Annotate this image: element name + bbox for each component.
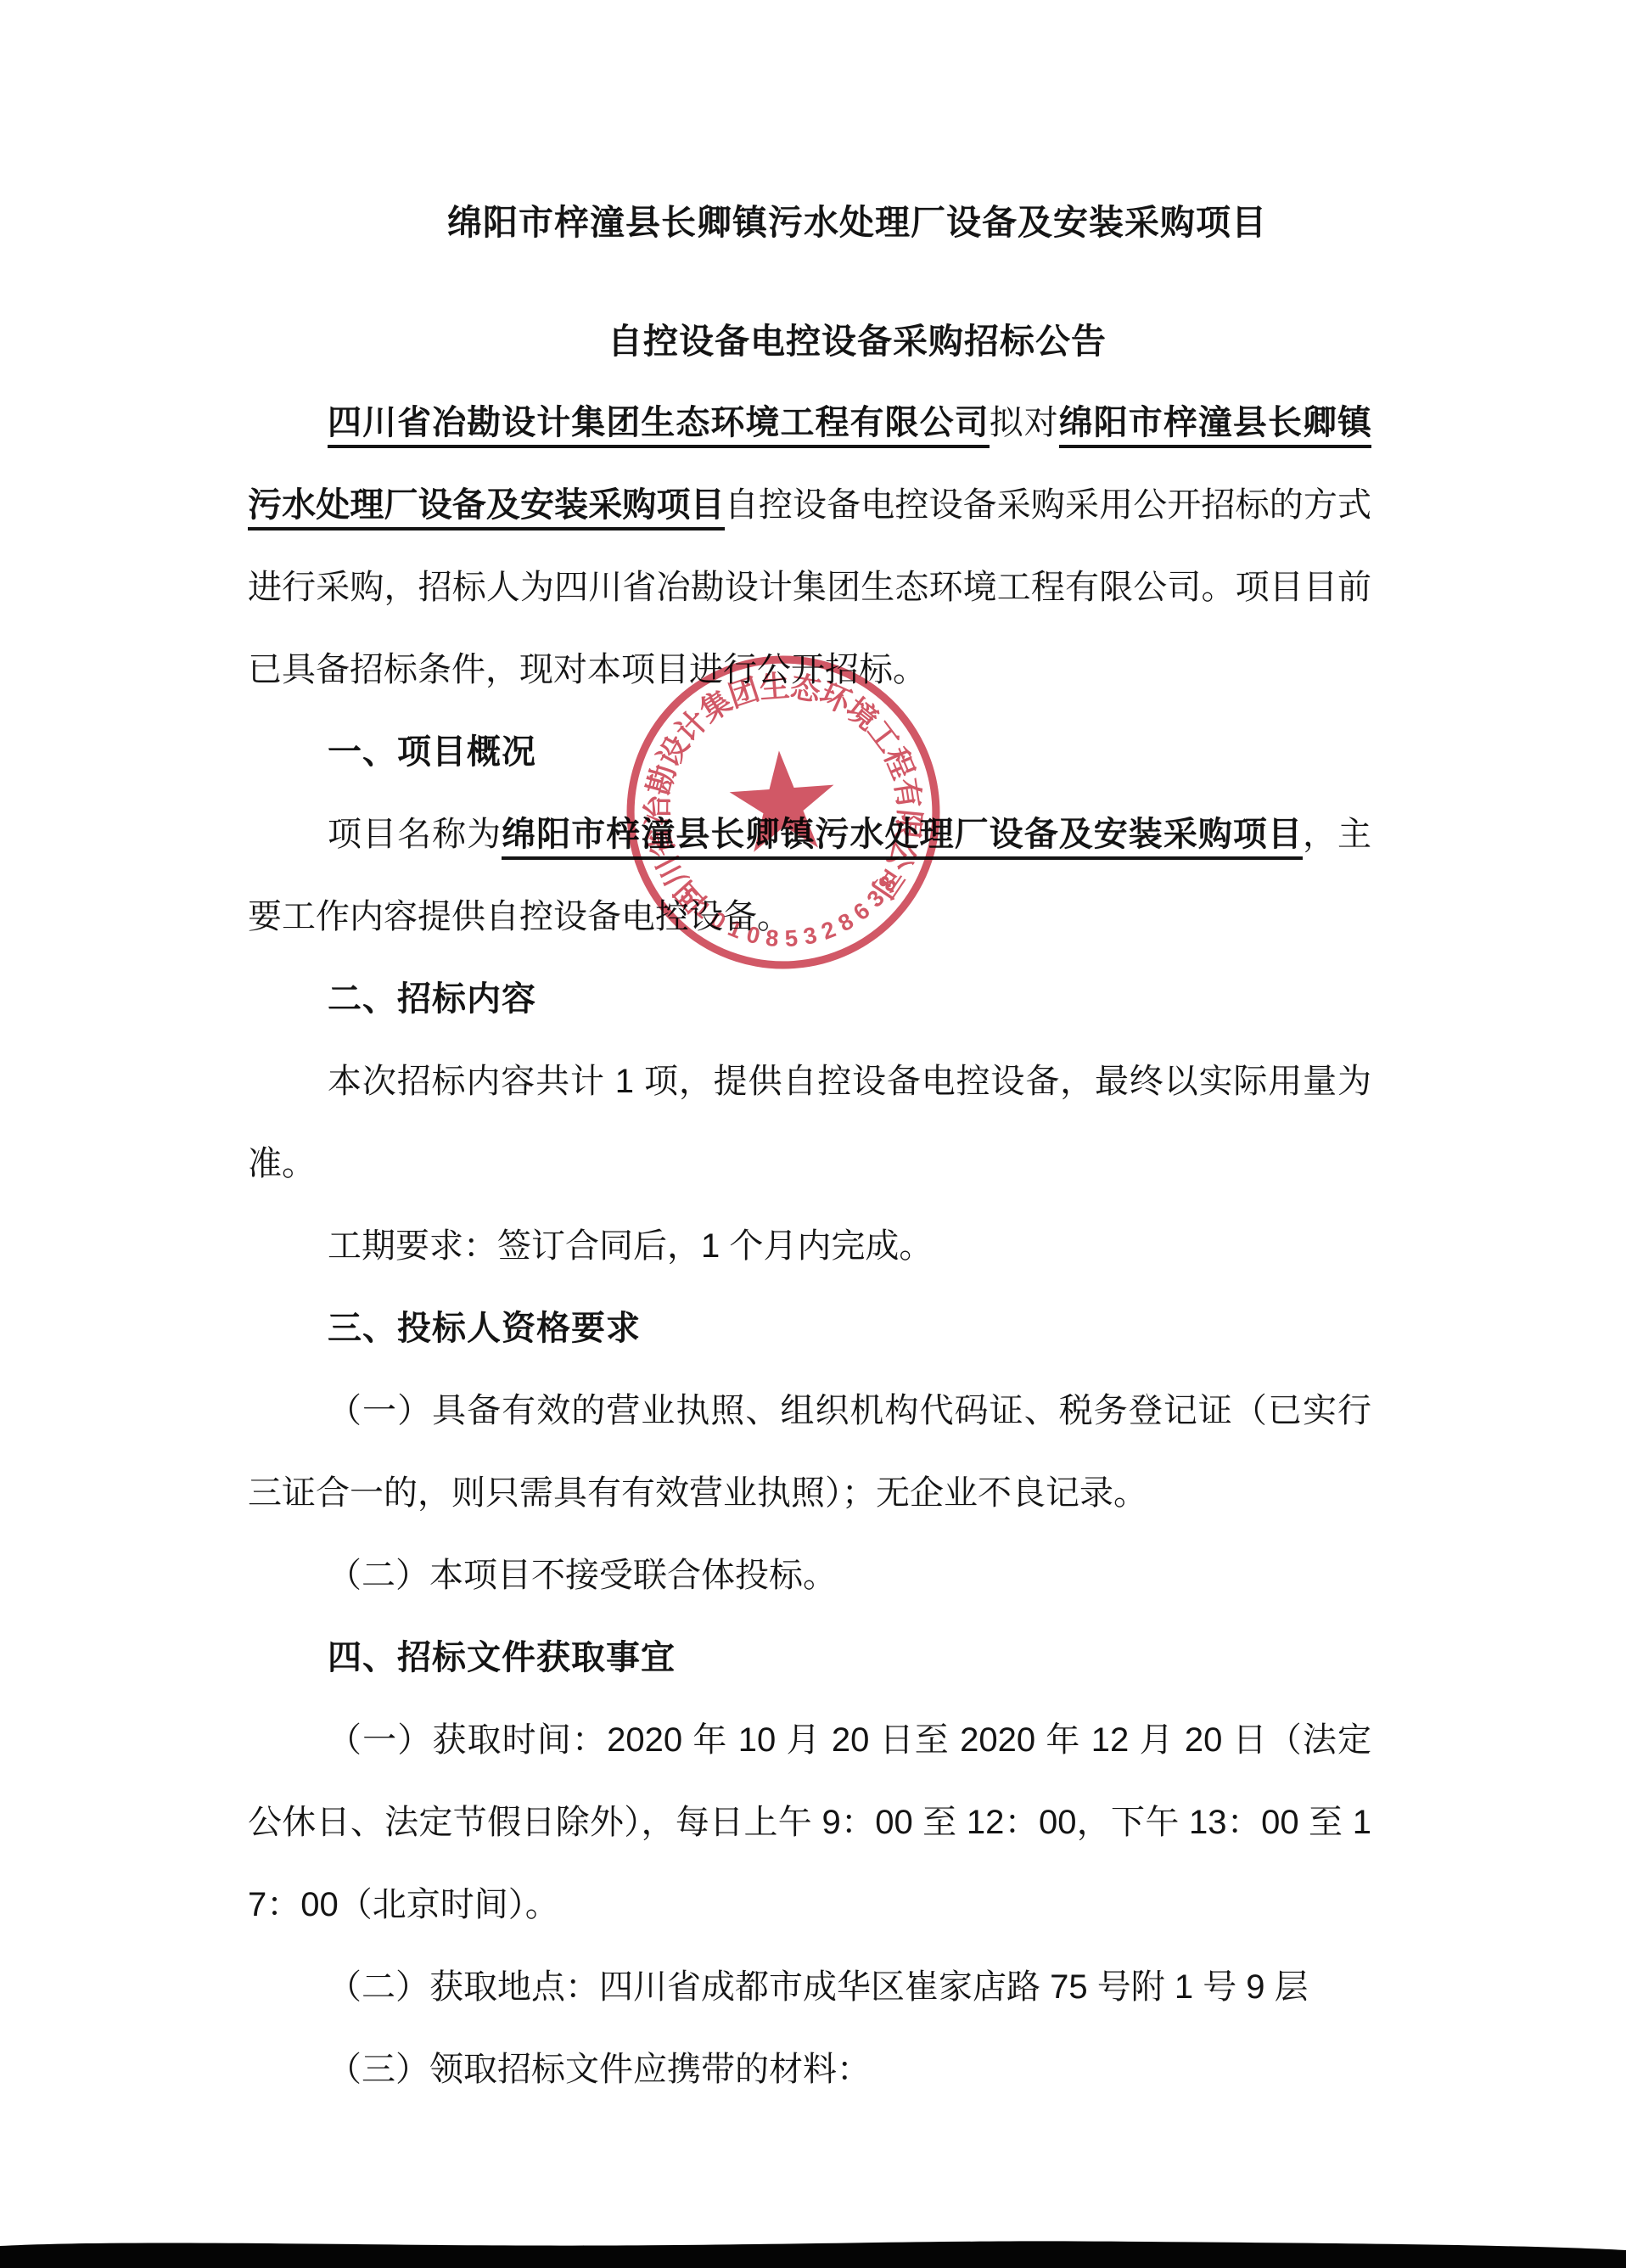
intro-company-name: 四川省冶勘设计集团生态环境工程有限公司 [328, 404, 990, 448]
svg-text:省: 省 [642, 823, 681, 861]
svg-text:3: 3 [801, 921, 821, 950]
svg-text:有: 有 [889, 776, 926, 811]
schedule-requirement-paragraph: 工期要求：签订合同后，1 个月内完成。 [248, 1205, 1371, 1288]
document-obtain-location: （二）获取地点：四川省成都市成华区崔家店路 75 号附 1 号 9 层 [248, 1946, 1371, 2029]
seal-star-icon [727, 747, 838, 853]
scan-edge-artifact [0, 2234, 1626, 2268]
svg-text:8: 8 [765, 924, 782, 952]
svg-text:生: 生 [759, 670, 791, 705]
svg-text:5: 5 [784, 924, 800, 952]
document-title: 绵阳市梓潼县长卿镇污水处理厂设备及安装采购项目 [248, 197, 1371, 248]
document-body: 绵阳市梓潼县长卿镇污水处理厂设备及安装采购项目 自控设备电控设备采购招标公告 四… [248, 197, 1371, 2111]
company-seal-stamp: 四川省冶勘设计集团生态环境工程有限公司 5101085328638 [614, 643, 952, 981]
svg-text:冶: 冶 [642, 794, 675, 826]
tender-content-paragraph: 本次招标内容共计 1 项，提供自控设备电控设备，最终以实际用量为准。 [248, 1041, 1371, 1205]
qualification-item-2: （二）本项目不接受联合体投标。 [248, 1535, 1371, 1617]
scanned-document-page: 绵阳市梓潼县长卿镇污水处理厂设备及安装采购项目 自控设备电控设备采购招标公告 四… [0, 0, 1626, 2268]
document-obtain-time: （一）获取时间：2020 年 10 月 20 日至 2020 年 12 月 20… [248, 1699, 1371, 1946]
section-heading-2: 二、招标内容 [248, 958, 1371, 1041]
qualification-item-1: （一）具备有效的营业执照、组织机构代码证、税务登记证（已实行三证合一的，则只需具… [248, 1370, 1371, 1535]
svg-text:0: 0 [744, 921, 765, 950]
section-heading-3: 三、投标人资格要求 [248, 1288, 1371, 1370]
document-subtitle: 自控设备电控设备采购招标公告 [248, 316, 1371, 367]
intro-connector: 拟对 [990, 404, 1059, 441]
project-name-lead-in: 项目名称为 [328, 816, 502, 853]
section-heading-4: 四、招标文件获取事宜 [248, 1617, 1371, 1699]
document-obtain-materials: （三）领取招标文件应携带的材料： [248, 2029, 1371, 2111]
